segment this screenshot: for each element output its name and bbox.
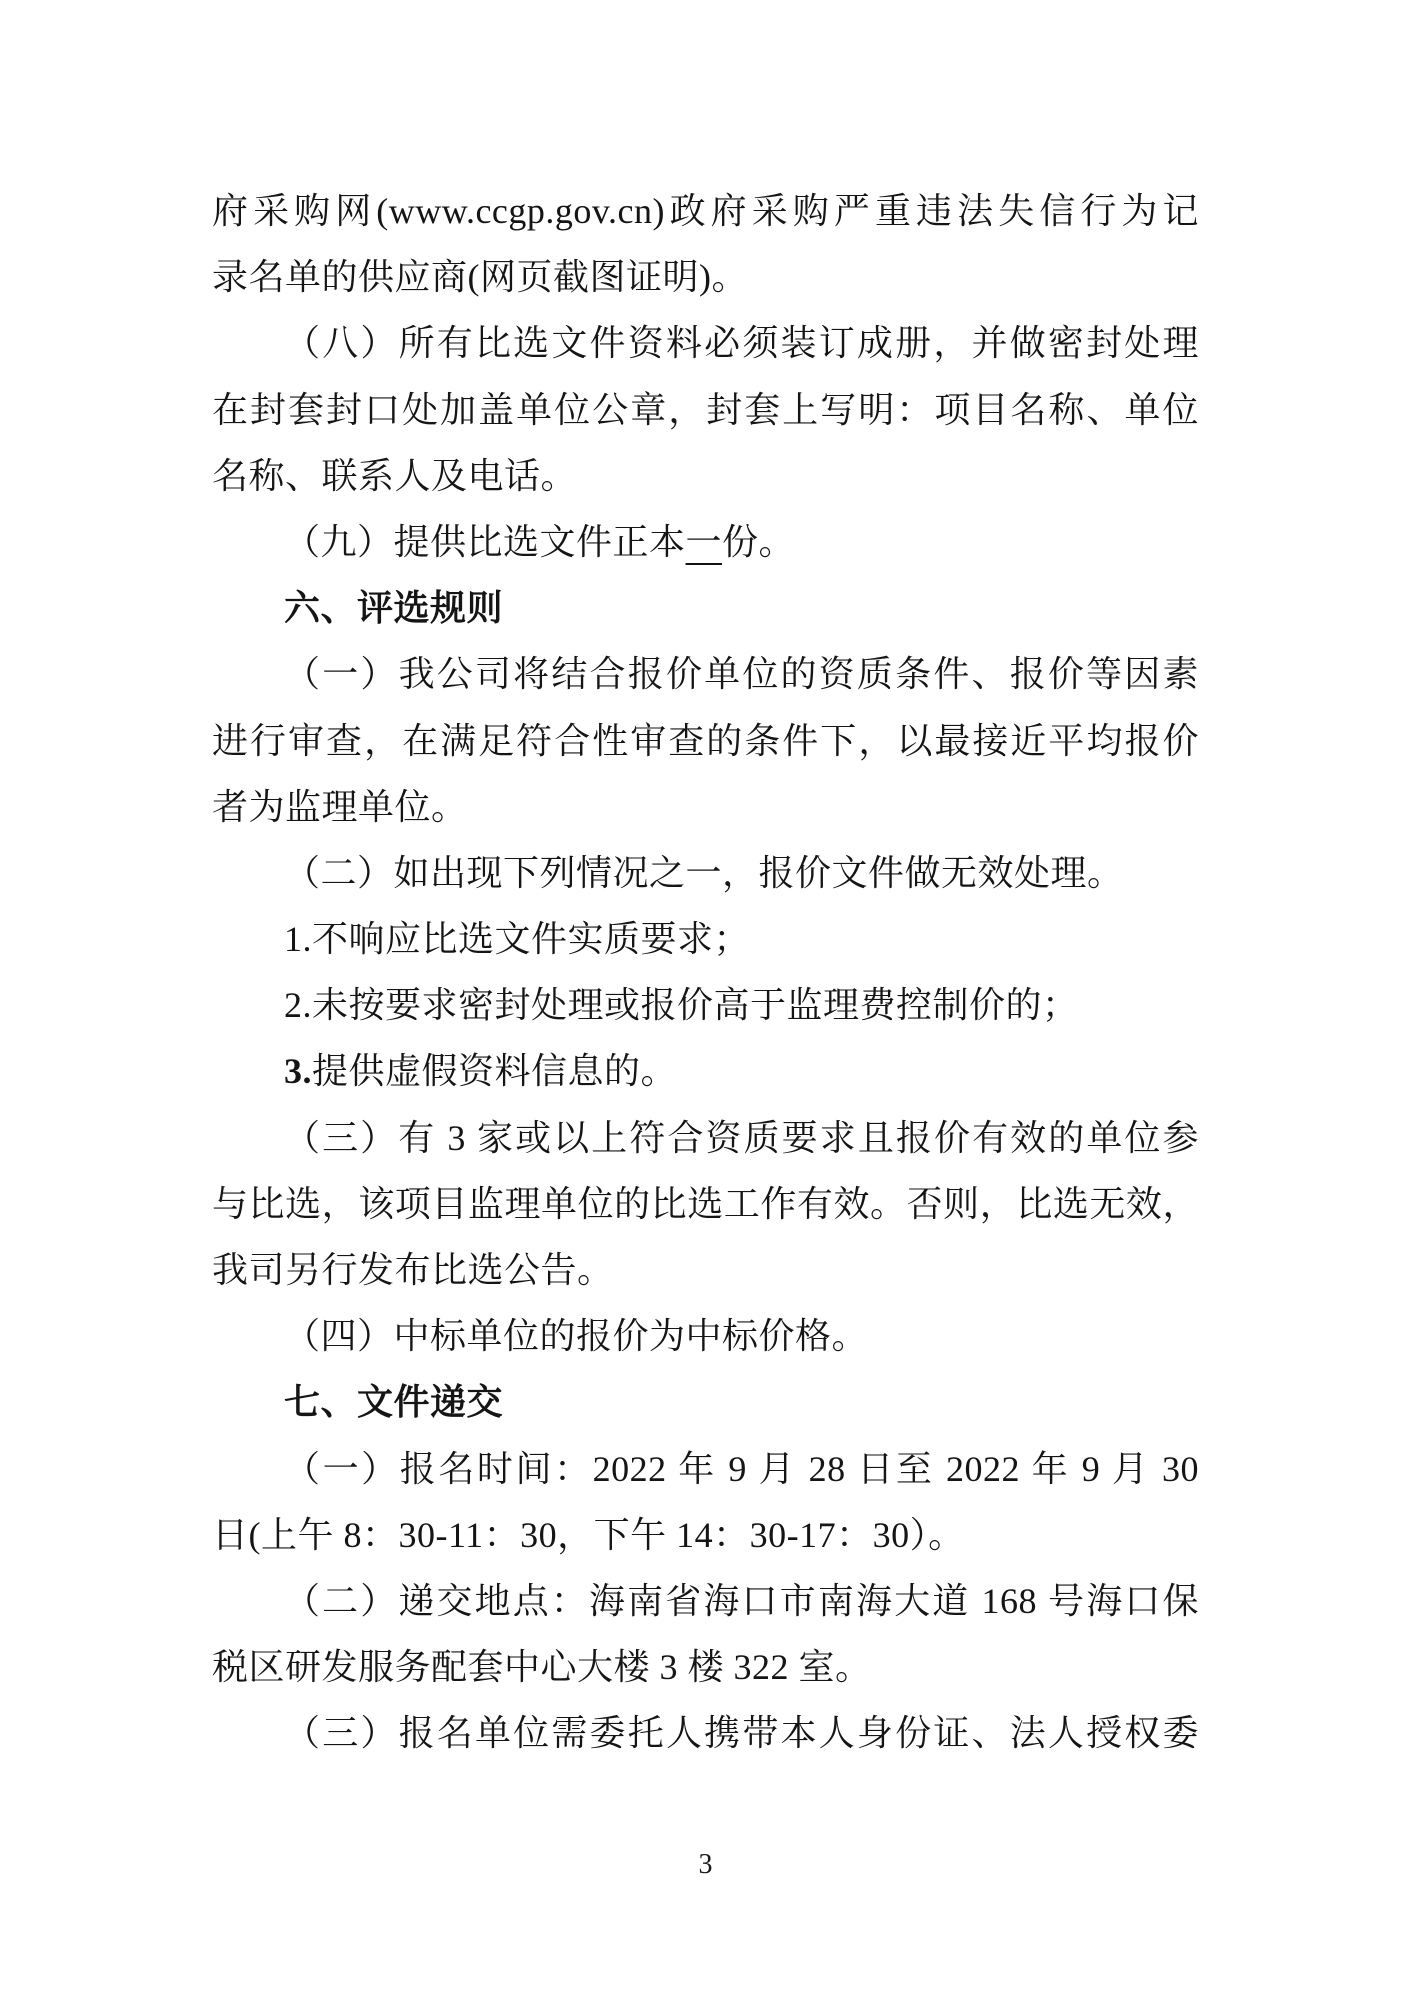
text-segment: （二）递交地点：海南省海口市南海大道 168 号海口保 — [284, 1581, 1199, 1621]
text-segment: 录名单的供应商(网页截图证明)。 — [212, 257, 748, 297]
text-segment: （八）所有比选文件资料必须装订成册，并做密封处理 — [284, 323, 1199, 363]
page-number: 3 — [212, 1848, 1199, 1882]
text-segment: 与比选，该项目监理单位的比选工作有效。否则，比选无效， — [212, 1184, 1199, 1224]
text-line: 2.未按要求密封处理或报价高于监理费控制价的； — [212, 972, 1199, 1038]
text-segment: 我司另行发布比选公告。 — [212, 1250, 614, 1290]
text-line: （二）递交地点：海南省海口市南海大道 168 号海口保 — [212, 1568, 1199, 1634]
text-segment: 提供虚假资料信息的。 — [312, 1051, 677, 1091]
text-segment: 3. — [284, 1051, 312, 1091]
text-line: （二）如出现下列情况之一，报价文件做无效处理。 — [212, 840, 1199, 906]
text-segment: （九）提供比选文件正本 — [284, 522, 686, 562]
text-segment: （一）报名时间：2022 年 9 月 28 日至 2022 年 9 月 30 — [284, 1449, 1199, 1489]
document-page: 府采购网(www.ccgp.gov.cn)政府采购严重违法失信行为记录名单的供应… — [0, 0, 1411, 1995]
text-line: （三）报名单位需委托人携带本人身份证、法人授权委 — [212, 1700, 1199, 1766]
text-line: （四）中标单位的报价为中标价格。 — [212, 1303, 1199, 1369]
text-segment: 府采购网(www.ccgp.gov.cn)政府采购严重违法失信行为记 — [212, 191, 1199, 231]
text-line: （八）所有比选文件资料必须装订成册，并做密封处理 — [212, 310, 1199, 376]
text-line: 在封套封口处加盖单位公章，封套上写明：项目名称、单位 — [212, 377, 1199, 443]
text-segment: 税区研发服务配套中心大楼 3 楼 322 室。 — [212, 1647, 872, 1687]
text-segment: （一）我公司将结合报价单位的资质条件、报价等因素 — [284, 654, 1199, 694]
text-segment: 2.未按要求密封处理或报价高于监理费控制价的； — [284, 985, 1079, 1025]
text-segment: 份。 — [722, 522, 795, 562]
text-line: 名称、联系人及电话。 — [212, 443, 1199, 509]
text-line: 者为监理单位。 — [212, 774, 1199, 840]
text-segment: 在封套封口处加盖单位公章，封套上写明：项目名称、单位 — [212, 390, 1199, 430]
text-segment: 者为监理单位。 — [212, 787, 468, 827]
text-line: （九）提供比选文件正本一份。 — [212, 509, 1199, 575]
text-segment: 1.不响应比选文件实质要求； — [284, 919, 750, 959]
text-line: 录名单的供应商(网页截图证明)。 — [212, 244, 1199, 310]
text-line: 税区研发服务配套中心大楼 3 楼 322 室。 — [212, 1634, 1199, 1700]
text-line: 与比选，该项目监理单位的比选工作有效。否则，比选无效， — [212, 1171, 1199, 1237]
text-segment: 七、文件递交 — [284, 1382, 503, 1422]
text-line: 进行审查，在满足符合性审查的条件下，以最接近平均报价 — [212, 708, 1199, 774]
text-segment: （三）报名单位需委托人携带本人身份证、法人授权委 — [284, 1713, 1199, 1753]
document-body: 府采购网(www.ccgp.gov.cn)政府采购严重违法失信行为记录名单的供应… — [212, 178, 1199, 1767]
text-line: 府采购网(www.ccgp.gov.cn)政府采购严重违法失信行为记 — [212, 178, 1199, 244]
text-line: 日(上午 8：30-11：30，下午 14：30-17：30）。 — [212, 1502, 1199, 1568]
text-segment: （三）有 3 家或以上符合资质要求且报价有效的单位参 — [284, 1118, 1199, 1158]
text-segment: 进行审查，在满足符合性审查的条件下，以最接近平均报价 — [212, 721, 1199, 761]
section-heading-line: 六、评选规则 — [212, 575, 1199, 641]
text-segment: 名称、联系人及电话。 — [212, 456, 577, 496]
text-line: 3.提供虚假资料信息的。 — [212, 1038, 1199, 1104]
text-line: （一）我公司将结合报价单位的资质条件、报价等因素 — [212, 641, 1199, 707]
text-line: 我司另行发布比选公告。 — [212, 1237, 1199, 1303]
text-segment: （二）如出现下列情况之一，报价文件做无效处理。 — [284, 853, 1124, 893]
text-line: （一）报名时间：2022 年 9 月 28 日至 2022 年 9 月 30 — [212, 1436, 1199, 1502]
text-segment: 日(上午 8：30-11：30，下午 14：30-17：30）。 — [212, 1515, 965, 1555]
section-heading-line: 七、文件递交 — [212, 1369, 1199, 1435]
text-segment: 六、评选规则 — [284, 588, 503, 628]
text-segment: （四）中标单位的报价为中标价格。 — [284, 1316, 868, 1356]
text-line: 1.不响应比选文件实质要求； — [212, 906, 1199, 972]
text-line: （三）有 3 家或以上符合资质要求且报价有效的单位参 — [212, 1105, 1199, 1171]
underlined-text: 一 — [686, 522, 723, 562]
